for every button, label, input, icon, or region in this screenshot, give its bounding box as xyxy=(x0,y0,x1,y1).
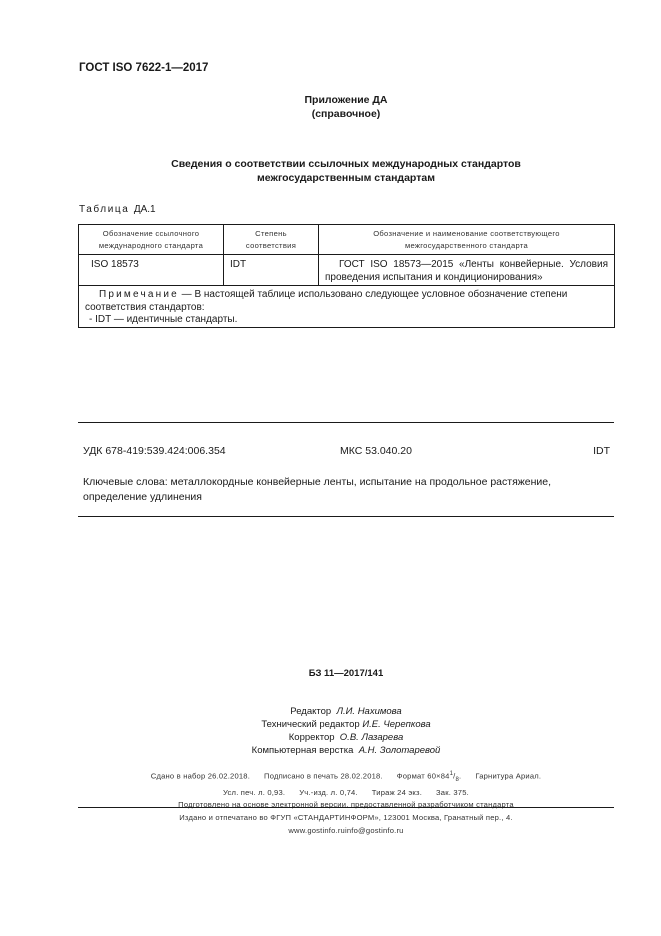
circulation: Тираж 24 экз. xyxy=(372,788,422,797)
signed-date: Подписано в печать 28.02.2018. xyxy=(264,772,383,781)
order-number: Зак. 375. xyxy=(436,788,469,797)
format: Формат 60×84 xyxy=(397,772,450,781)
document-code: ГОСТ ISO 7622-1—2017 xyxy=(79,62,208,74)
staff-tech-editor: Технический редактор И.Е. Черепкова xyxy=(0,718,661,731)
column-header-line: Степень xyxy=(224,228,318,240)
section-title-line1: Сведения о соответствии ссылочных междун… xyxy=(0,157,661,171)
staff-corrector: Корректор О.В. Лазарева xyxy=(0,731,661,744)
publisher-address: Издано и отпечатано во ФГУП «СТАНДАРТИНФ… xyxy=(0,812,661,825)
column-header-interstate: Обозначение и наименование соответствующ… xyxy=(319,225,615,255)
publ-sheets: Уч.-изд. л. 0,74. xyxy=(299,788,358,797)
staff-role: Редактор xyxy=(290,706,331,717)
column-header-international: Обозначение ссылочного международного ст… xyxy=(79,225,224,255)
annex-title: Приложение ДА xyxy=(0,93,661,107)
column-header-line: Обозначение и наименование соответствующ… xyxy=(319,228,614,240)
table-label: Таблица ДА.1 xyxy=(79,204,156,215)
staff-name: О.В. Лазарева xyxy=(340,732,403,743)
note-item: - IDT — идентичные стандарты. xyxy=(85,314,609,327)
column-header-line: межгосударственного стандарта xyxy=(319,240,614,252)
email-link[interactable]: info@gostinfo.ru xyxy=(345,826,404,835)
column-header-line: Обозначение ссылочного xyxy=(79,228,223,240)
divider-imprint xyxy=(78,807,614,808)
annex-heading: Приложение ДА (справочное) xyxy=(0,93,661,121)
mks-code: МКС 53.040.20 xyxy=(340,445,412,457)
imprint-line1: Сдано в набор 26.02.2018.Подписано в печ… xyxy=(0,768,661,787)
staff-role: Компьютерная верстка xyxy=(252,745,354,756)
table-label-number: ДА.1 xyxy=(134,204,156,215)
interstate-standard-text: ГОСТ ISO 18573—2015 «Ленты конвейерные. … xyxy=(325,259,608,283)
cell-interstate-standard: ГОСТ ISO 18573—2015 «Ленты конвейерные. … xyxy=(319,255,615,286)
table-header-row: Обозначение ссылочного международного ст… xyxy=(79,225,615,255)
typeface: Гарнитура Ариал. xyxy=(475,772,541,781)
publisher-info: Издано и отпечатано во ФГУП «СТАНДАРТИНФ… xyxy=(0,812,661,837)
divider-top xyxy=(78,422,614,423)
cell-degree: IDT xyxy=(224,255,319,286)
cell-international-standard: ISO 18573 xyxy=(79,255,224,286)
staff-name: А.Н. Золотаревой xyxy=(359,745,441,756)
table-label-word: Таблица xyxy=(79,204,129,215)
staff-role: Технический редактор xyxy=(261,719,359,730)
table-note: Примечание — В настоящей таблице использ… xyxy=(79,286,615,328)
publisher-contacts: www.gostinfo.ruinfo@gostinfo.ru xyxy=(0,825,661,838)
submitted-date: Сдано в набор 26.02.2018. xyxy=(151,772,250,781)
staff-role: Корректор xyxy=(289,732,335,743)
imprint: Сдано в набор 26.02.2018.Подписано в печ… xyxy=(0,768,661,812)
note-label: Примечание xyxy=(99,289,179,300)
staff-layout: Компьютерная верстка А.Н. Золотаревой xyxy=(0,744,661,757)
column-header-line: международного стандарта xyxy=(79,240,223,252)
degree-code: IDT xyxy=(593,445,610,457)
section-title-line2: межгосударственным стандартам xyxy=(0,171,661,185)
imprint-line2: Усл. печ. л. 0,93.Уч.-изд. л. 0,74.Тираж… xyxy=(0,787,661,800)
staff-list: Редактор Л.И. Нахимова Технический редак… xyxy=(0,705,661,757)
bz-number: БЗ 11—2017/141 xyxy=(0,668,661,679)
format-sub: 8 xyxy=(455,777,459,783)
column-header-degree: Степень соответствия xyxy=(224,225,319,255)
column-header-line: соответствия xyxy=(224,240,318,252)
keywords: Ключевые слова: металлокордные конвейерн… xyxy=(83,475,611,505)
correspondence-table: Обозначение ссылочного международного ст… xyxy=(78,224,615,328)
website-link[interactable]: www.gostinfo.ru xyxy=(288,826,345,835)
annex-status: (справочное) xyxy=(0,107,661,121)
imprint-line3: Подготовлено на основе электронной верси… xyxy=(0,799,661,812)
staff-name: Л.И. Нахимова xyxy=(336,706,401,717)
section-title: Сведения о соответствии ссылочных междун… xyxy=(0,157,661,185)
table-row: ISO 18573 IDT ГОСТ ISO 18573—2015 «Ленты… xyxy=(79,255,615,286)
table-note-row: Примечание — В настоящей таблице использ… xyxy=(79,286,615,328)
divider-bottom xyxy=(78,516,614,517)
staff-editor: Редактор Л.И. Нахимова xyxy=(0,705,661,718)
udk-code: УДК 678-419:539.424:006.354 xyxy=(83,445,226,457)
format-sup: 1 xyxy=(450,771,454,777)
print-sheets: Усл. печ. л. 0,93. xyxy=(223,788,285,797)
staff-name: И.Е. Черепкова xyxy=(362,719,430,730)
